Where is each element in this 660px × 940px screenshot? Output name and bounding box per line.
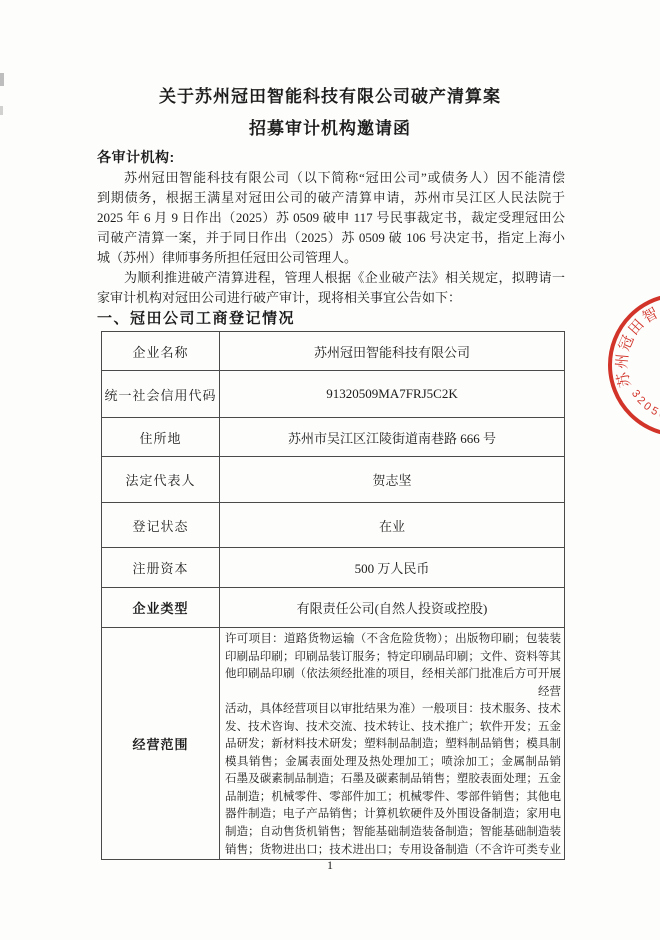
business-scope-cell: 许可项目：道路货物运输（不含危险货物）；出版物印刷；包装装潢 印刷品印刷；印刷品… [220,628,565,860]
row-value: 贺志坚 [220,457,565,503]
row-value: 苏州市吴江区江陵街道南巷路 666 号 [220,418,565,457]
table-row-business-scope: 经营范围 许可项目：道路货物运输（不含危险货物）；出版物印刷；包装装潢 印刷品印… [102,628,565,860]
row-value: 91320509MA7FRJ5C2K [220,371,565,418]
business-scope-line: 制造；自动售货机销售；智能基础制造装备制造；智能基础制造装备 [225,824,561,842]
row-value: 在业 [220,503,565,548]
paragraph-1: 苏州冠田智能科技有限公司（以下简称“冠田公司”或债务人）因不能清偿 到期债务，根… [97,168,565,268]
document-title-line1: 关于苏州冠田智能科技有限公司破产清算案 [0,82,660,107]
business-scope-line: 品制造；机械零件、零部件加工；机械零件、零部件销售；其他电子 [225,789,561,807]
row-label: 住所地 [102,418,220,457]
row-label: 企业类型 [102,588,220,628]
company-seal-stamp: 苏州冠田智能科技有限公司 3205000 [575,260,660,470]
table-row-registered-capital: 注册资本 500 万人民币 [102,548,565,588]
paragraph-line: 为顺利推进破产清算进程，管理人根据《企业破产法》相关规定，拟聘请一 [97,268,565,288]
business-scope-line: 活动，具体经营项目以审批结果为准）一般项目：技术服务、技术开 [225,701,561,719]
business-scope-line: 器件制造；电子产品销售；计算机软硬件及外围设备制造；家用电器 [225,806,561,824]
table-row-company-name: 企业名称 苏州冠田智能科技有限公司 [102,332,565,371]
row-label: 经营范围 [102,628,220,860]
row-value: 有限责任公司(自然人投资或控股) [220,588,565,628]
row-value: 500 万人民币 [220,548,565,588]
business-scope-line: 品研发；新材料技术研发；塑料制品制造；塑料制品销售；模具制造； [225,736,561,754]
row-label: 注册资本 [102,548,220,588]
table-row-address: 住所地 苏州市吴江区江陵街道南巷路 666 号 [102,418,565,457]
row-label: 法定代表人 [102,457,220,503]
business-scope-line: 销售；货物进出口；技术进出口；专用设备制造（不含许可类专业设 [225,842,561,860]
row-label: 企业名称 [102,332,220,371]
business-scope-line: 印刷品印刷；印刷品装订服务；特定印刷品印刷；文件、资料等其 [225,649,561,667]
table-row-registration-status: 登记状态 在业 [102,503,565,548]
table-row-company-type: 企业类型 有限责任公司(自然人投资或控股) [102,588,565,628]
salutation: 各审计机构: [97,147,175,167]
svg-text:3205000: 3205000 [629,388,660,424]
page-number: 1 [0,858,660,873]
paragraph-line: 家审计机构对冠田公司进行破产审计，现将相关事宜公告如下： [97,288,565,308]
paragraph-line: 到期债务，根据王满星对冠田公司的破产清算申请，苏州市吴江区人民法院于 [97,188,565,208]
paragraph-line: 2025 年 6 月 9 日作出（2025）苏 0509 破申 117 号民事裁… [97,208,565,228]
section-heading-registration-info: 一、冠田公司工商登记情况 [97,307,295,328]
row-label: 登记状态 [102,503,220,548]
svg-text:苏州冠田智能科技有限公司: 苏州冠田智能科技有限公司 [613,298,660,389]
business-scope-line: 经营 [225,684,561,702]
table-row-legal-representative: 法定代表人 贺志坚 [102,457,565,503]
document-title-line2: 招募审计机构邀请函 [0,114,660,139]
business-scope-line: 发、技术咨询、技术交流、技术转让、技术推广；软件开发；五金产 [225,719,561,737]
business-scope-line: 他印刷品印刷（依法须经批准的项目，经相关部门批准后方可开展 [225,666,561,684]
document-page: 关于苏州冠田智能科技有限公司破产清算案 招募审计机构邀请函 各审计机构: 苏州冠… [0,0,660,940]
registration-table: 企业名称 苏州冠田智能科技有限公司 统一社会信用代码 91320509MA7FR… [101,331,565,860]
table-row-credit-code: 统一社会信用代码 91320509MA7FRJ5C2K [102,371,565,418]
row-value: 苏州冠田智能科技有限公司 [220,332,565,371]
business-scope-line: 模具销售；金属表面处理及热处理加工；喷涂加工；金属制品销售； [225,754,561,772]
row-label: 统一社会信用代码 [102,371,220,418]
paragraph-line: 司破产清算一案，并于同日作出（2025）苏 0509 破 106 号决定书，指定… [97,228,565,248]
business-scope-line: 许可项目：道路货物运输（不含危险货物）；出版物印刷；包装装潢 [225,631,561,649]
paragraph-line: 城（苏州）律师事务所担任冠田公司管理人。 [97,248,565,268]
seal-number-text: 3205000 [629,388,660,424]
paragraph-2: 为顺利推进破产清算进程，管理人根据《企业破产法》相关规定，拟聘请一 家审计机构对… [97,268,565,308]
seal-company-name-text: 苏州冠田智能科技有限公司 [613,298,660,389]
seal-outer-ring [610,295,660,435]
business-scope-line: 石墨及碳素制品制造；石墨及碳素制品销售；塑胶表面处理；五金产 [225,771,561,789]
paragraph-line: 苏州冠田智能科技有限公司（以下简称“冠田公司”或债务人）因不能清偿 [97,168,565,188]
